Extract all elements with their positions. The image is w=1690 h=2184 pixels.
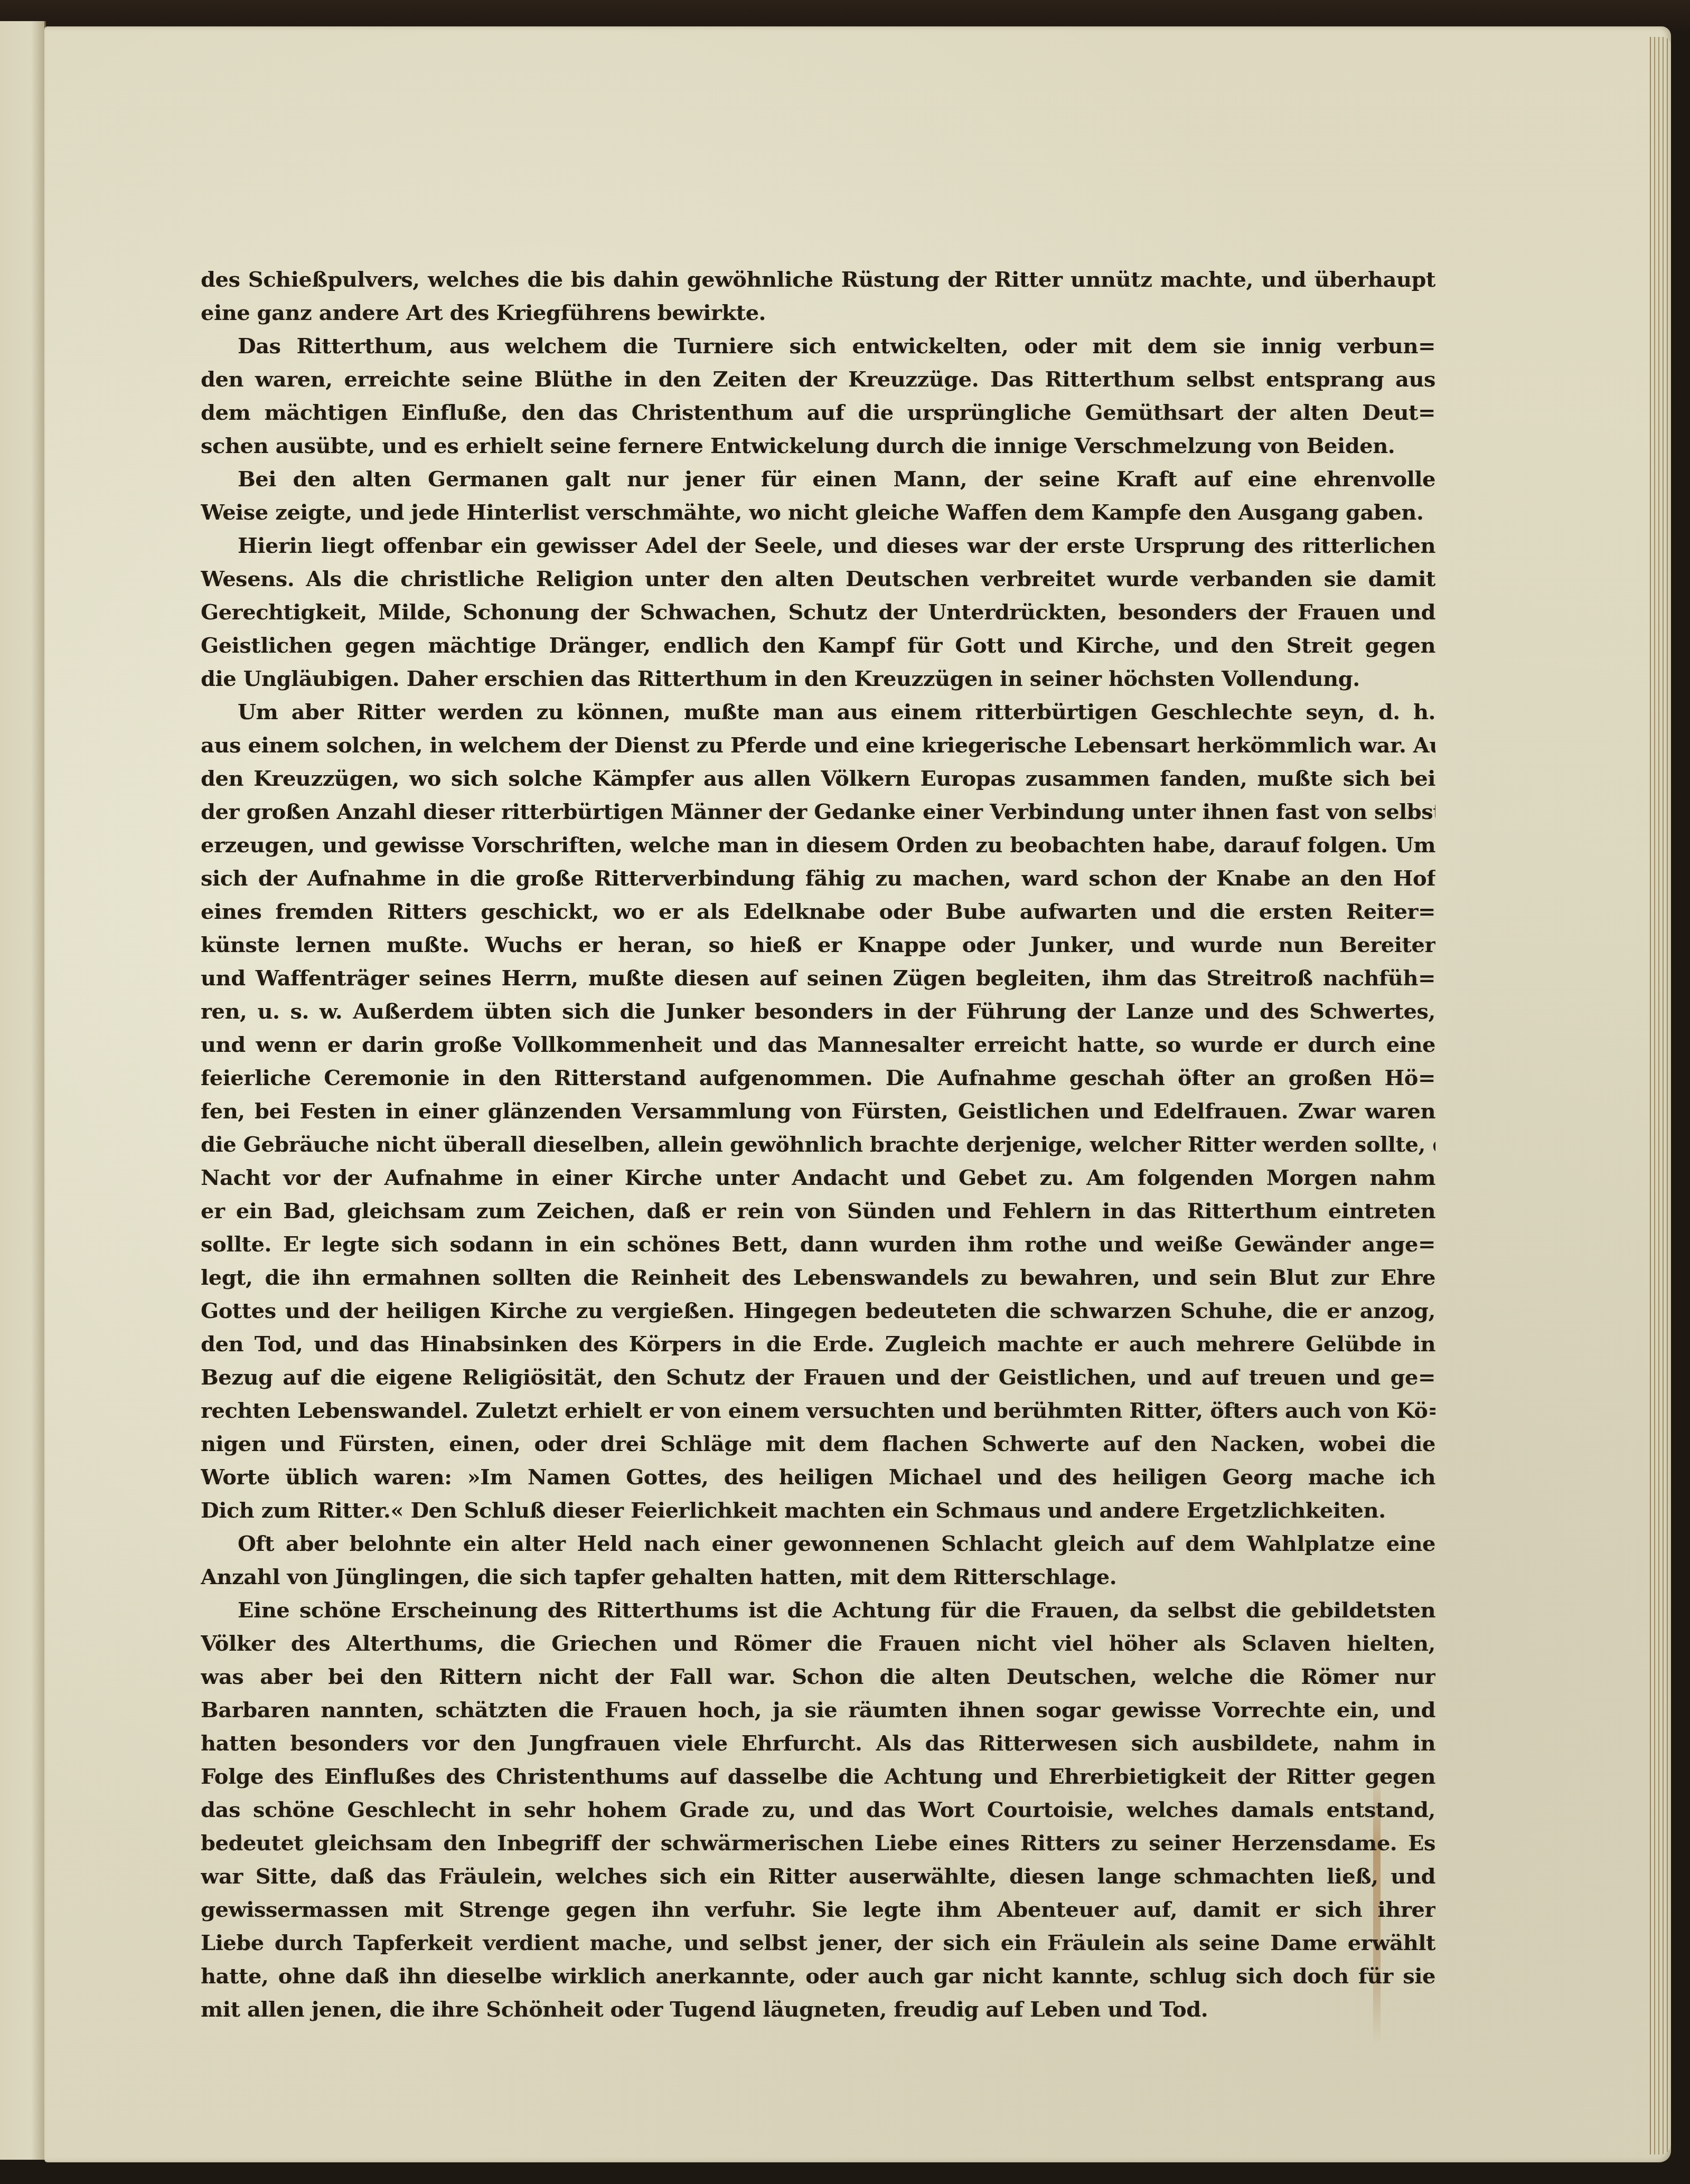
text-line: Gerechtigkeit, Milde, Schonung der Schwa… (201, 596, 1435, 629)
page-stack-edges (1650, 37, 1671, 2154)
text-line: Folge des Einflußes des Christenthums au… (201, 1760, 1435, 1793)
text-line: sollte. Er legte sich sodann in ein schö… (201, 1228, 1435, 1261)
text-line: nigen und Fürsten, einen, oder drei Schl… (201, 1427, 1435, 1461)
text-line: Eine schöne Erscheinung des Ritterthums … (201, 1594, 1435, 1627)
text-line: künste lernen mußte. Wuchs er heran, so … (201, 928, 1435, 962)
text-line: Oft aber belohnte ein alter Held nach ei… (201, 1527, 1435, 1560)
text-line: Liebe durch Tapferkeit verdient mache, u… (201, 1926, 1435, 1960)
text-line: und Waffenträger seines Herrn, mußte die… (201, 962, 1435, 995)
text-line: und wenn er darin große Vollkommenheit u… (201, 1028, 1435, 1061)
text-line: Dich zum Ritter.« Den Schluß dieser Feie… (201, 1494, 1435, 1527)
text-line: Nacht vor der Aufnahme in einer Kirche u… (201, 1161, 1435, 1194)
text-line: Hierin liegt offenbar ein gewisser Adel … (201, 529, 1435, 562)
text-line: ren, u. s. w. Außerdem übten sich die Ju… (201, 995, 1435, 1028)
text-line: eine ganz andere Art des Kriegführens be… (201, 296, 1435, 330)
text-line: gewissermassen mit Strenge gegen ihn ver… (201, 1893, 1435, 1926)
text-line: aus einem solchen, in welchem der Dienst… (201, 729, 1435, 762)
text-line: den Kreuzzügen, wo sich solche Kämpfer a… (201, 762, 1435, 795)
text-line: bedeutet gleichsam den Inbegriff der sch… (201, 1827, 1435, 1860)
text-line: hatten besonders vor den Jungfrauen viel… (201, 1727, 1435, 1760)
text-line: die Gebräuche nicht überall dieselben, a… (201, 1128, 1435, 1161)
text-line: Weise zeigte, und jede Hinterlist versch… (201, 496, 1435, 529)
text-line: dem mächtigen Einfluße, den das Christen… (201, 396, 1435, 429)
text-line: die Ungläubigen. Daher erschien das Ritt… (201, 662, 1435, 695)
text-line: den waren, erreichte seine Blüthe in den… (201, 363, 1435, 396)
text-line: Bei den alten Germanen galt nur jener fü… (201, 463, 1435, 496)
text-line: legt, die ihn ermahnen sollten die Reinh… (201, 1261, 1435, 1294)
text-line: der großen Anzahl dieser ritterbürtigen … (201, 795, 1435, 829)
text-line: fen, bei Festen in einer glänzenden Vers… (201, 1095, 1435, 1128)
text-line: Völker des Alterthums, die Griechen und … (201, 1627, 1435, 1660)
text-line: schen ausübte, und es erhielt seine fern… (201, 429, 1435, 463)
text-line: den Tod, und das Hinabsinken des Körpers… (201, 1328, 1435, 1361)
text-line: was aber bei den Rittern nicht der Fall … (201, 1660, 1435, 1693)
text-line: Das Ritterthum, aus welchem die Turniere… (201, 330, 1435, 363)
text-line: Barbaren nannten, schätzten die Frauen h… (201, 1693, 1435, 1727)
text-line: das schöne Geschlecht in sehr hohem Grad… (201, 1793, 1435, 1827)
text-line: Gottes und der heiligen Kirche zu vergie… (201, 1294, 1435, 1328)
previous-page-edge (0, 21, 46, 2160)
text-line: Bezug auf die eigene Religiösität, den S… (201, 1361, 1435, 1394)
text-line: feierliche Ceremonie in den Ritterstand … (201, 1061, 1435, 1095)
text-line: mit allen jenen, die ihre Schönheit oder… (201, 1993, 1435, 2026)
text-line: Anzahl von Jünglingen, die sich tapfer g… (201, 1560, 1435, 1594)
text-line: Wesens. Als die christliche Religion unt… (201, 562, 1435, 596)
text-line: Worte üblich waren: »Im Namen Gottes, de… (201, 1461, 1435, 1494)
body-text: des Schießpulvers, welches die bis dahin… (201, 263, 1435, 2026)
text-line: war Sitte, daß das Fräulein, welches sic… (201, 1860, 1435, 1893)
text-line: rechten Lebenswandel. Zuletzt erhielt er… (201, 1394, 1435, 1427)
text-line: Um aber Ritter werden zu können, mußte m… (201, 695, 1435, 729)
text-line: erzeugen, und gewisse Vorschriften, welc… (201, 829, 1435, 862)
text-line: eines fremden Ritters geschickt, wo er a… (201, 895, 1435, 928)
text-line: sich der Aufnahme in die große Ritterver… (201, 862, 1435, 895)
text-line: hatte, ohne daß ihn dieselbe wirklich an… (201, 1960, 1435, 1993)
text-line: des Schießpulvers, welches die bis dahin… (201, 263, 1435, 296)
text-line: er ein Bad, gleichsam zum Zeichen, daß e… (201, 1194, 1435, 1228)
text-line: Geistlichen gegen mächtige Dränger, endl… (201, 629, 1435, 662)
